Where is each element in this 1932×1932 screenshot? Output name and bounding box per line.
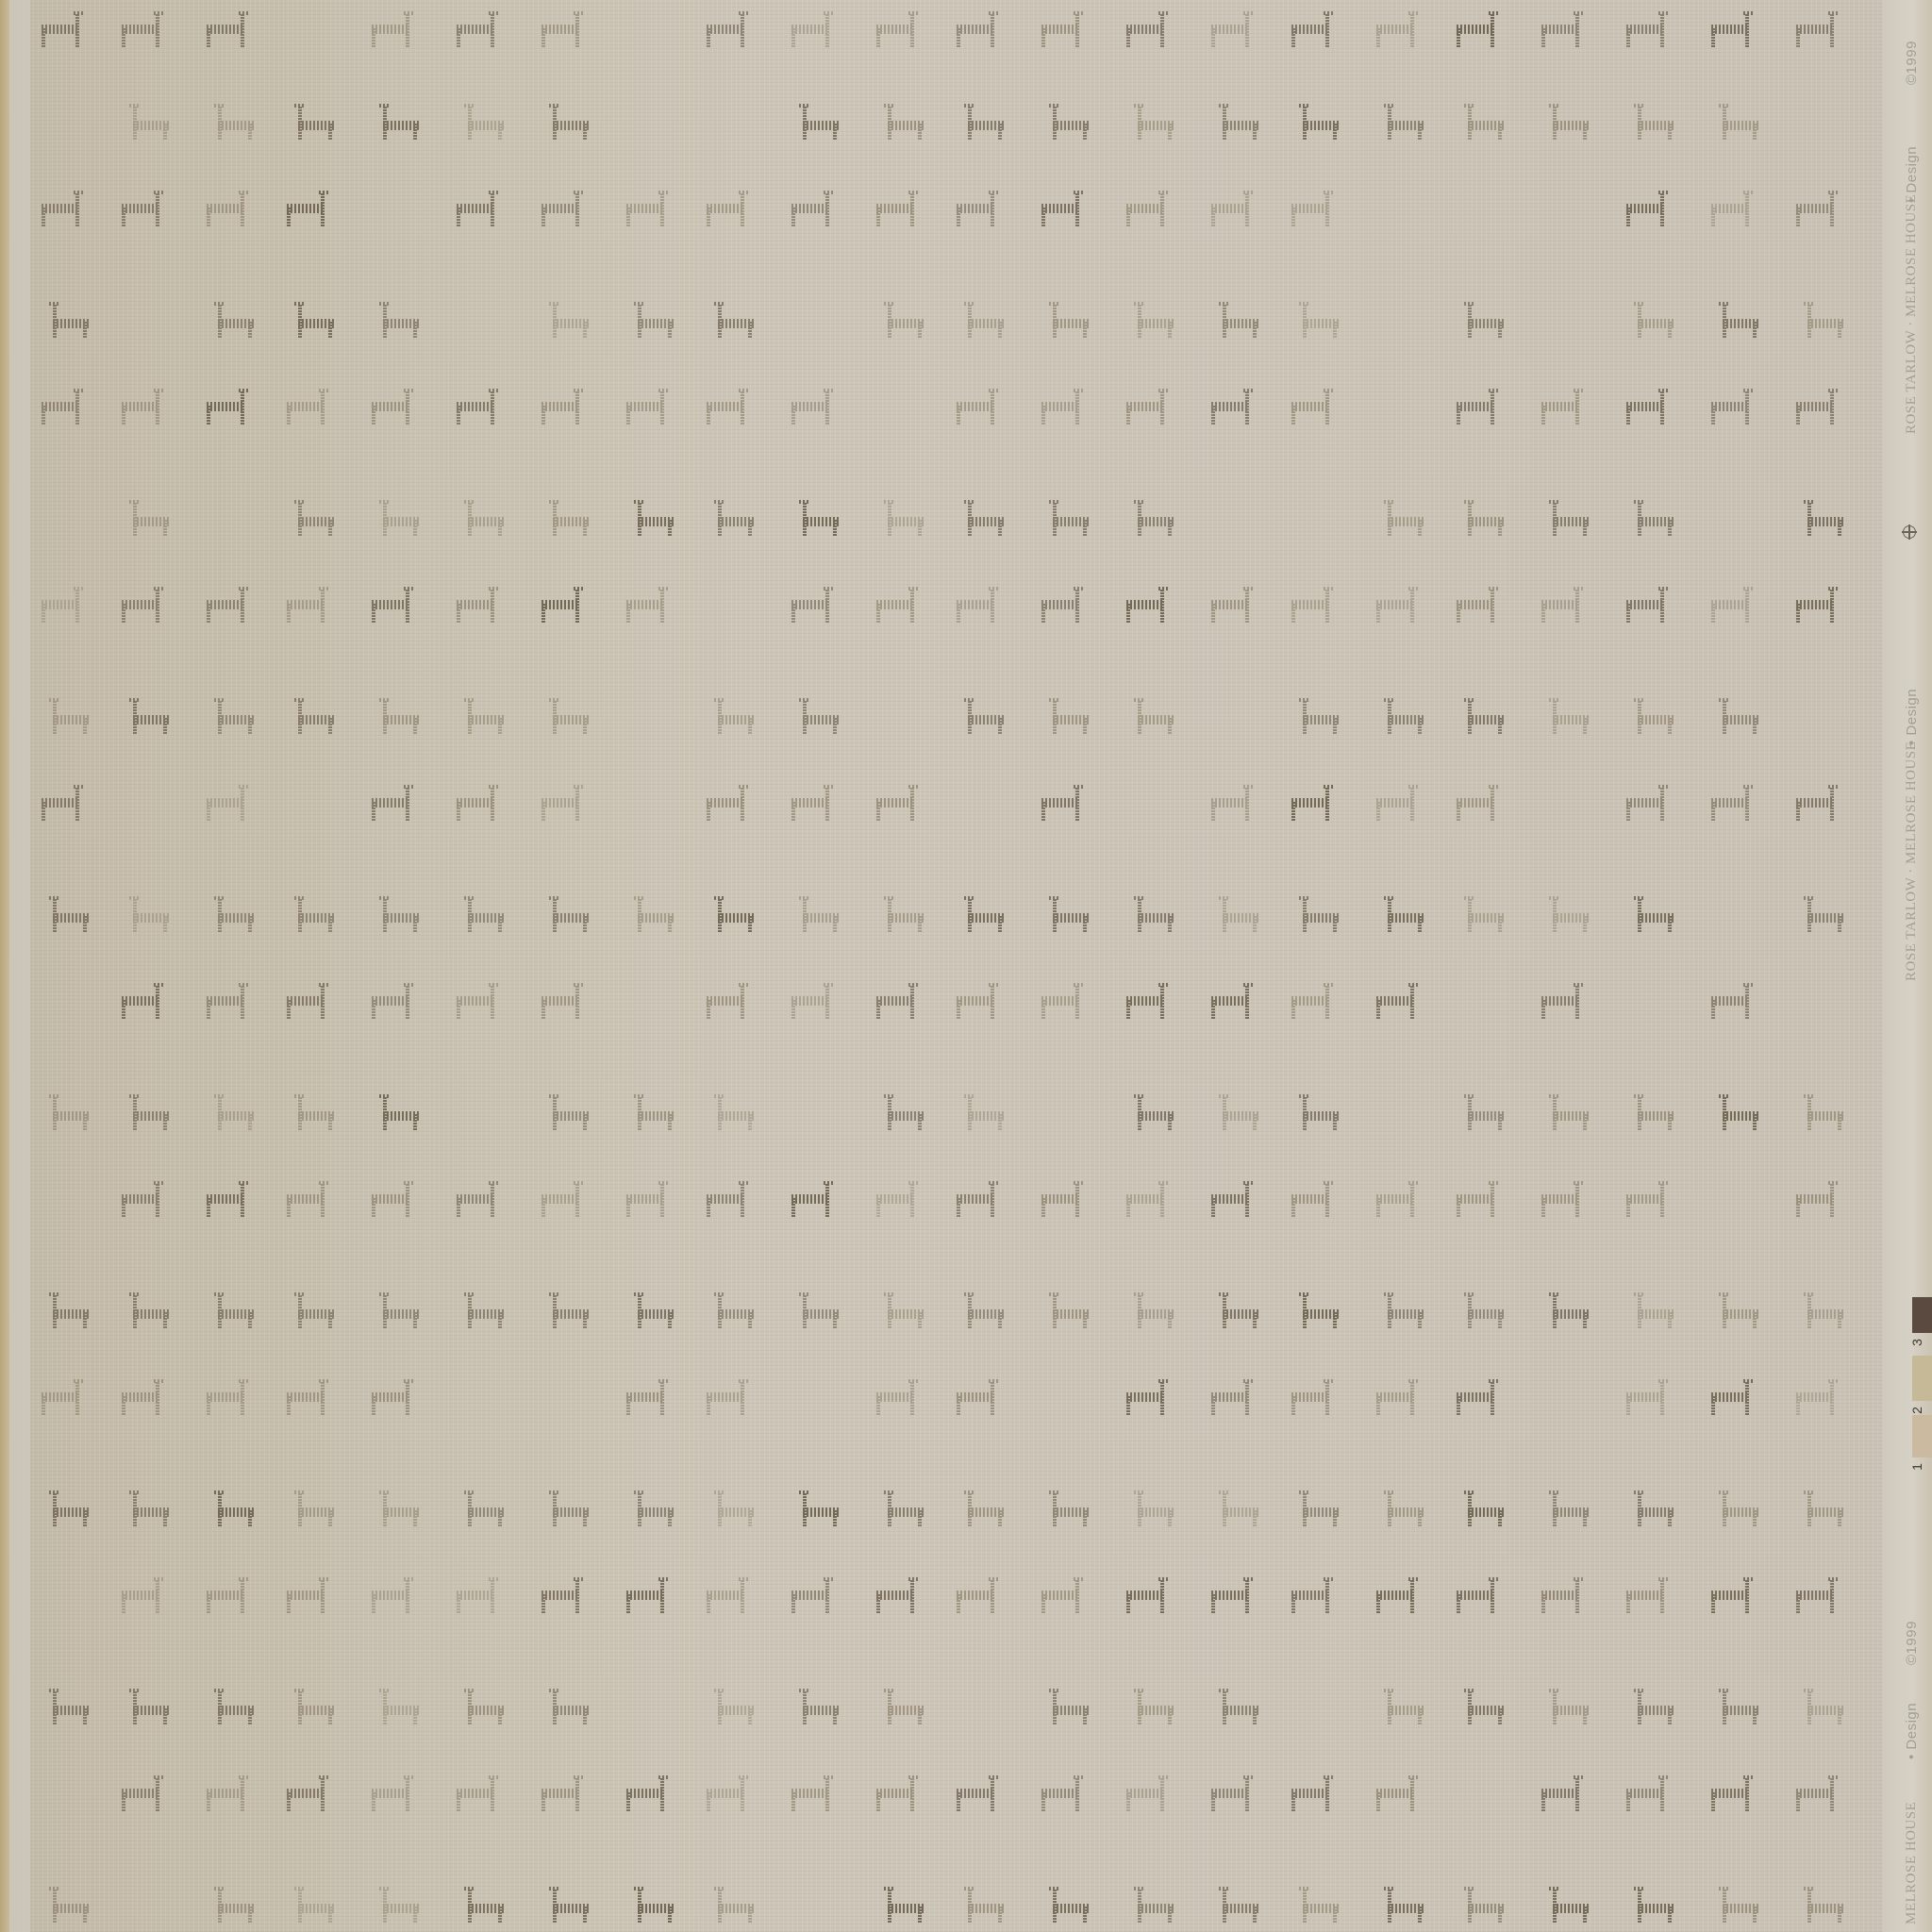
color-chip-label: 2 [1909,1407,1924,1414]
animal-motif [1453,1377,1502,1419]
animal-motif [1207,9,1257,51]
animal-motif [882,104,931,145]
animal-motif [1047,500,1096,541]
animal-motif [292,1292,341,1334]
animal-motif [623,1575,672,1617]
animal-motif [118,387,167,428]
animal-motif [1382,1491,1431,1532]
animal-motif [1038,783,1087,824]
animal-motif [547,500,596,541]
animal-motif [1717,1491,1766,1532]
animal-motif [1462,500,1511,541]
animal-motif [1538,585,1587,626]
animal-motif [1207,189,1257,230]
animal-motif [962,1292,1011,1334]
animal-motif [632,1094,681,1136]
animal-motif [1207,585,1257,626]
animal-motif [118,981,167,1023]
animal-motif [377,1292,426,1334]
animal-motif [953,189,1002,230]
animal-motif [203,1774,252,1815]
animal-motif [703,1575,752,1617]
animal-motif [212,698,261,740]
animal-motif [462,1689,511,1730]
color-chip [1912,1415,1932,1457]
animal-motif [1038,981,1087,1023]
fabric-swatch [0,0,1932,1932]
animal-motif [703,9,752,51]
animal-motif [788,981,837,1023]
animal-motif [1123,1377,1172,1419]
animal-motif [1132,500,1181,541]
animal-motif [1462,1887,1511,1928]
animal-motif [1707,1377,1757,1419]
animal-motif [547,1689,596,1730]
animal-motif [118,1377,167,1419]
animal-motif [1623,1774,1672,1815]
animal-motif [1717,1887,1766,1928]
animal-motif [1632,1491,1681,1532]
animal-motif [1132,1887,1181,1928]
animal-motif [547,698,596,740]
animal-motif [47,1887,96,1928]
animal-motif [368,981,417,1023]
animal-motif [873,1377,922,1419]
animal-motif [953,1179,1002,1221]
animal-motif [1538,981,1587,1023]
animal-motif [1373,1377,1422,1419]
animal-motif [127,1491,176,1532]
animal-motif [1288,1377,1337,1419]
animal-motif [462,500,511,541]
animal-motif [703,1774,752,1815]
animal-motif [962,104,1011,145]
selvedge-text: MELROSE HOUSE [1904,1802,1920,1924]
animal-motif [1717,1689,1766,1730]
animal-motif [538,1575,587,1617]
animal-motif [797,1491,846,1532]
selvedge-text: ©1999 [1904,41,1920,85]
color-chip [1912,1297,1932,1333]
animal-motif [1547,104,1596,145]
animal-motif [462,1887,511,1928]
animal-motif [1217,896,1266,938]
animal-motif [1623,1575,1672,1617]
animal-motif [1132,1689,1181,1730]
animal-motif [632,1292,681,1334]
animal-motif [953,1377,1002,1419]
animal-motif [1547,1292,1596,1334]
animal-motif [1297,302,1346,343]
animal-motif [1538,387,1587,428]
animal-motif [127,104,176,145]
animal-motif [882,1491,931,1532]
animal-motif [47,698,96,740]
animal-motif [212,1887,261,1928]
animal-motif [453,1774,502,1815]
animal-motif [1538,9,1587,51]
animal-motif [283,1377,332,1419]
animal-motif [47,1689,96,1730]
animal-motif [38,783,87,824]
animal-motif [38,9,87,51]
animal-motif [632,1887,681,1928]
animal-motif [453,387,502,428]
animal-motif [1297,698,1346,740]
animal-motif [797,500,846,541]
animal-motif [1207,981,1257,1023]
animal-motif [1207,1377,1257,1419]
animal-motif [38,387,87,428]
animal-motif [873,981,922,1023]
animal-motif [1047,896,1096,938]
animal-motif [623,1774,672,1815]
animal-motif [1707,1774,1757,1815]
animal-motif [1297,1491,1346,1532]
animal-motif [1297,104,1346,145]
animal-motif [1288,1575,1337,1617]
animal-motif [538,981,587,1023]
animal-motif [453,1575,502,1617]
animal-motif [953,1575,1002,1617]
animal-motif [377,1689,426,1730]
animal-motif [1382,698,1431,740]
animal-motif [882,1094,931,1136]
animal-motif [1038,585,1087,626]
animal-motif [1373,783,1422,824]
animal-motif [788,585,837,626]
animal-motif [1038,387,1087,428]
animal-motif [127,698,176,740]
animal-motif [1792,1774,1841,1815]
animal-motif [47,896,96,938]
animal-motif [453,981,502,1023]
animal-motif [1623,1179,1672,1221]
animal-motif [538,1179,587,1221]
animal-motif [538,1774,587,1815]
animal-motif [47,1491,96,1532]
animal-motif [127,1292,176,1334]
animal-motif [118,1774,167,1815]
animal-motif [203,1179,252,1221]
animal-motif [1038,189,1087,230]
animal-motif [127,1094,176,1136]
animal-motif [1382,500,1431,541]
animal-motif [1047,302,1096,343]
animal-motif [1623,783,1672,824]
animal-motif [1123,1179,1172,1221]
animal-motif [1207,1575,1257,1617]
animal-motif [632,500,681,541]
animal-motif [623,387,672,428]
animal-motif [882,500,931,541]
animal-motif [1547,1491,1596,1532]
animal-motif [1132,896,1181,938]
animal-motif [1802,1887,1851,1928]
animal-motif [1632,1094,1681,1136]
animal-motif [1538,1179,1587,1221]
animal-motif [797,896,846,938]
animal-motif [1373,585,1422,626]
animal-motif [873,1179,922,1221]
animal-motif [1382,104,1431,145]
animal-motif [1217,1491,1266,1532]
animal-motif [1792,1575,1841,1617]
animal-motif [953,1774,1002,1815]
animal-motif [1123,387,1172,428]
animal-motif [1632,896,1681,938]
animal-motif [1707,1575,1757,1617]
animal-motif [873,9,922,51]
animal-motif [1717,302,1766,343]
animal-motif [1297,1094,1346,1136]
selvedge-text: ROSE TARLOW · MELROSE HOUSE [1904,741,1920,981]
selvedge-text: ©1999 [1904,1621,1920,1665]
animal-motif [1382,1689,1431,1730]
animal-motif [1462,1689,1511,1730]
animal-motif [462,698,511,740]
animal-motif [1547,500,1596,541]
animal-motif [1547,1887,1596,1928]
animal-motif [712,1491,761,1532]
left-selvedge-band [9,0,30,1932]
animal-motif [703,981,752,1023]
animal-motif [1802,302,1851,343]
animal-motif [453,9,502,51]
animal-motif [703,1179,752,1221]
animal-motif [1123,585,1172,626]
animal-motif [1288,387,1337,428]
animal-motif [1792,783,1841,824]
selvedge-text: • Design [1904,1703,1920,1759]
animal-motif [1538,1774,1587,1815]
animal-motif [1462,104,1511,145]
animal-motif [1623,585,1672,626]
animal-motif [538,585,587,626]
animal-motif [788,783,837,824]
animal-motif [882,1292,931,1334]
animal-motif [377,500,426,541]
animal-motif [1207,1774,1257,1815]
animal-motif [47,1292,96,1334]
animal-motif [368,585,417,626]
animal-motif [38,189,87,230]
animal-motif [1207,1179,1257,1221]
animal-motif [292,1491,341,1532]
animal-motif [1462,698,1511,740]
animal-motif [797,698,846,740]
animal-motif [1132,104,1181,145]
animal-motif [712,698,761,740]
animal-motif [623,189,672,230]
animal-motif [1462,1094,1511,1136]
animal-motif [962,698,1011,740]
animal-motif [1373,9,1422,51]
animal-motif [377,104,426,145]
animal-motif [962,302,1011,343]
animal-motif [1717,1292,1766,1334]
animal-motif [1462,896,1511,938]
animal-motif [292,500,341,541]
animal-motif [712,302,761,343]
animal-motif [462,1292,511,1334]
animal-motif [1802,1491,1851,1532]
animal-motif [462,1491,511,1532]
animal-motif [212,1094,261,1136]
animal-motif [1802,1689,1851,1730]
animal-motif [1217,1689,1266,1730]
animal-motif [873,189,922,230]
animal-motif [212,302,261,343]
animal-motif [1288,1774,1337,1815]
animal-motif [203,585,252,626]
animal-motif [1632,1689,1681,1730]
animal-motif [1047,698,1096,740]
animal-motif [538,9,587,51]
animal-motif [1373,1179,1422,1221]
animal-motif [118,189,167,230]
animal-motif [1217,1094,1266,1136]
animal-motif [788,387,837,428]
animal-motif [538,387,587,428]
animal-motif [1717,1094,1766,1136]
animal-motif [212,1491,261,1532]
animal-motif [1453,9,1502,51]
animal-motif [1623,1377,1672,1419]
animal-motif [47,302,96,343]
animal-motif [712,1887,761,1928]
animal-motif [1632,698,1681,740]
animal-motif [368,783,417,824]
animal-motif [1038,1179,1087,1221]
animal-motif [283,387,332,428]
animal-motif [377,896,426,938]
animal-motif [212,1292,261,1334]
animal-motif [292,896,341,938]
animal-motif [1288,9,1337,51]
animal-motif [203,981,252,1023]
animal-motif [1547,698,1596,740]
animal-motif [203,1377,252,1419]
animal-motif [1132,1094,1181,1136]
animal-motif [1123,1774,1172,1815]
animal-motif [453,189,502,230]
animal-motif [1623,9,1672,51]
animal-motif [127,896,176,938]
animal-motif [1217,104,1266,145]
animal-motif [368,1575,417,1617]
animal-motif [1288,1179,1337,1221]
left-edge [0,0,9,1932]
animal-motif [1623,387,1672,428]
animal-motif [1547,896,1596,938]
animal-motif [788,1774,837,1815]
animal-motif [1717,698,1766,740]
animal-motif [1297,1887,1346,1928]
animal-motif [283,1179,332,1221]
animal-motif [882,1887,931,1928]
animal-motif [1453,585,1502,626]
animal-motif [203,387,252,428]
animal-motif [453,1179,502,1221]
animal-motif [712,500,761,541]
animal-motif [953,585,1002,626]
animal-motif [712,1689,761,1730]
animal-motif [547,1491,596,1532]
animal-motif [632,896,681,938]
animal-motif [1453,783,1502,824]
animal-motif [788,1575,837,1617]
color-chip-label: 1 [1909,1463,1924,1471]
animal-motif [1802,500,1851,541]
animal-motif [1792,1179,1841,1221]
animal-motif [203,783,252,824]
animal-motif [1123,981,1172,1023]
animal-motif [1632,302,1681,343]
animal-motif [462,104,511,145]
animal-motif [788,9,837,51]
animal-motif [962,1491,1011,1532]
animal-motif [127,500,176,541]
animal-motif [1462,302,1511,343]
color-chip [1912,1356,1932,1401]
animal-motif [1288,189,1337,230]
animal-motif [712,896,761,938]
animal-motif [712,1094,761,1136]
animal-motif [368,1377,417,1419]
animal-motif [377,1491,426,1532]
animal-motif [1792,585,1841,626]
animal-motif [127,1689,176,1730]
animal-motif [1047,1689,1096,1730]
animal-motif [1132,302,1181,343]
animal-motif [547,104,596,145]
animal-motif [1038,1774,1087,1815]
animal-motif [118,1575,167,1617]
animal-motif [203,1575,252,1617]
animal-motif [1123,9,1172,51]
animal-motif [1632,1292,1681,1334]
animal-motif [1453,387,1502,428]
animal-motif [788,1179,837,1221]
animal-motif [873,1575,922,1617]
animal-motif [873,1774,922,1815]
animal-motif [547,302,596,343]
animal-motif [1538,1575,1587,1617]
animal-motif [1297,896,1346,938]
animal-motif [203,9,252,51]
animal-motif [1132,1292,1181,1334]
animal-motif [873,783,922,824]
animal-motif [1623,189,1672,230]
animal-motif [1288,783,1337,824]
animal-motif [547,1094,596,1136]
animal-motif [292,698,341,740]
animal-motif [368,387,417,428]
animal-motif [1707,387,1757,428]
animal-motif [1207,783,1257,824]
animal-motif [1382,896,1431,938]
animal-motif [712,1292,761,1334]
animal-motif [453,585,502,626]
animal-motif [1707,585,1757,626]
animal-motif [1802,1094,1851,1136]
animal-motif [1547,1689,1596,1730]
animal-motif [1373,1575,1422,1617]
animal-motif [118,1179,167,1221]
animal-motif [368,1179,417,1221]
animal-motif [1132,1491,1181,1532]
